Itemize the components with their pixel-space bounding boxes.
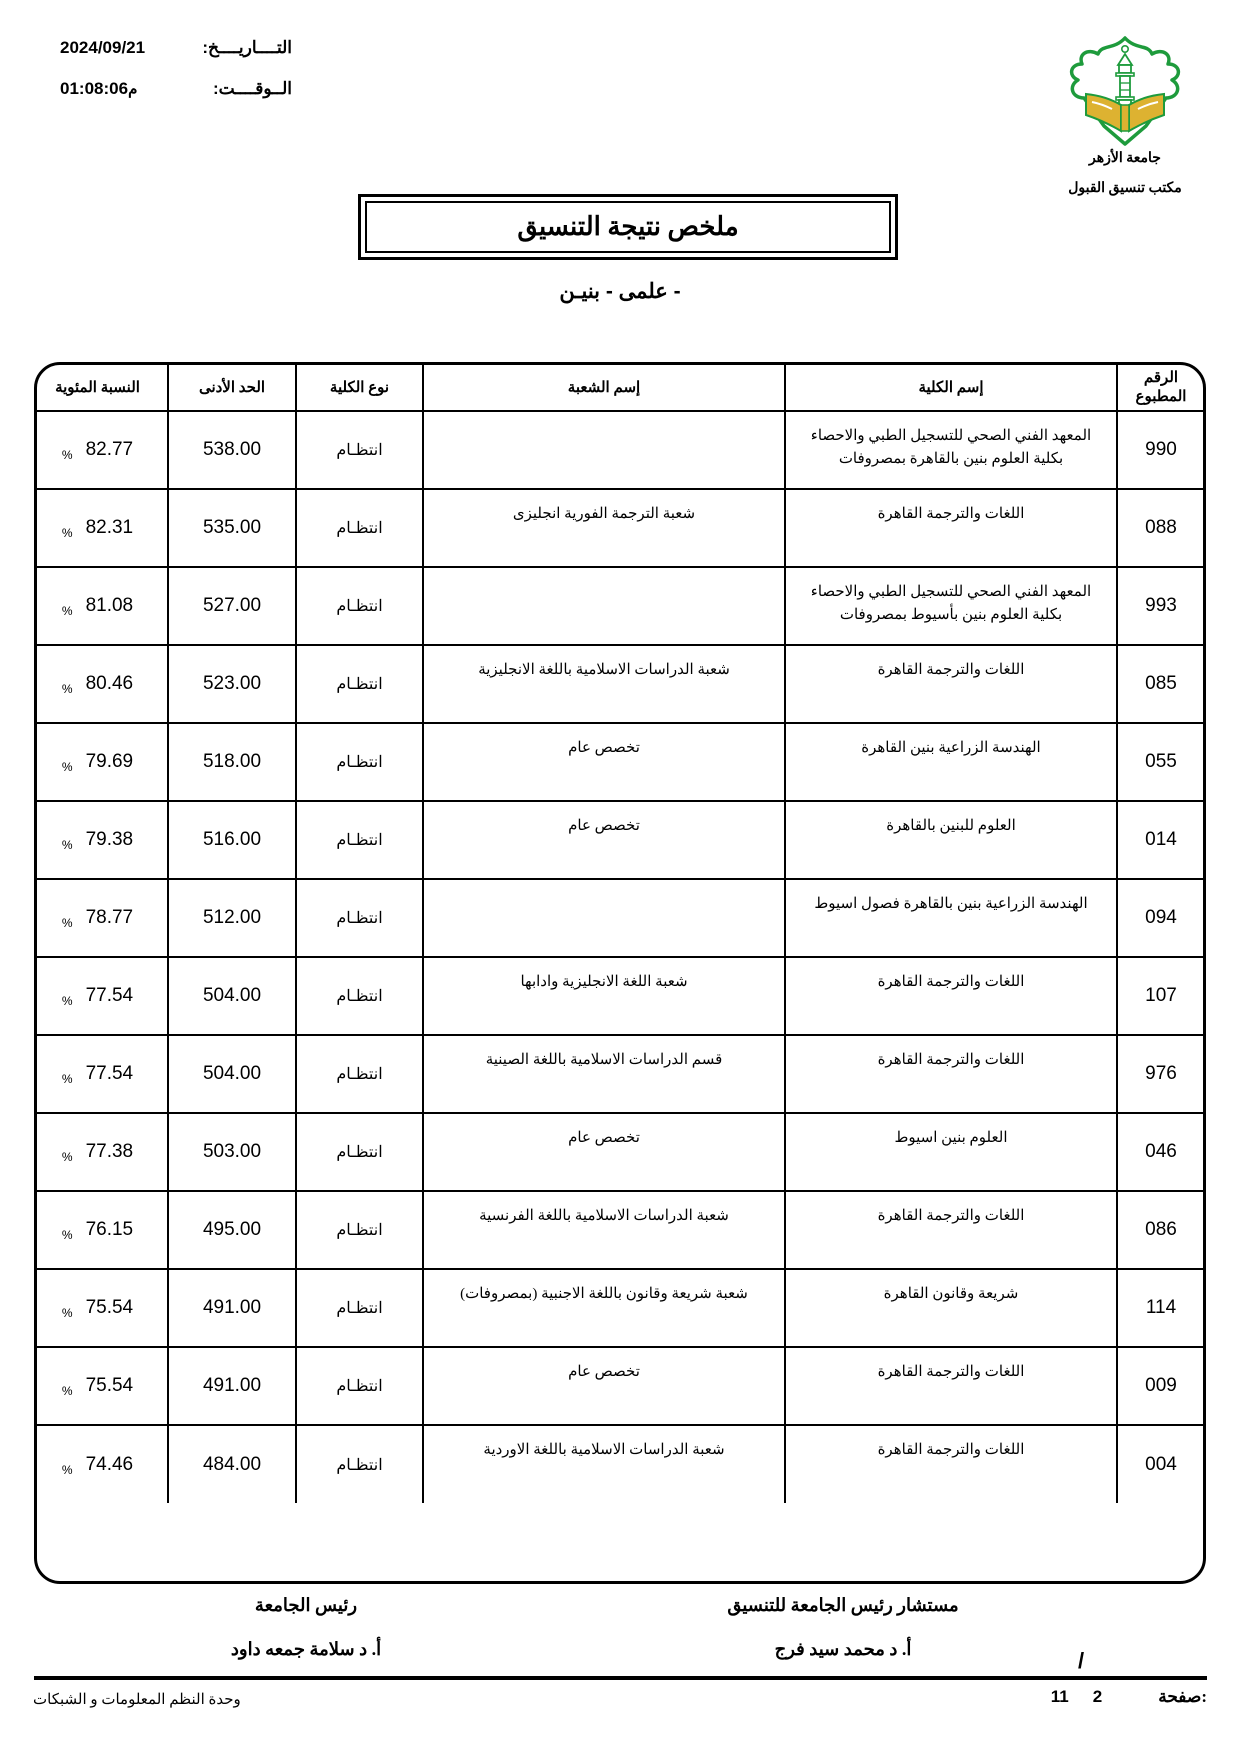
percent-sign: % — [62, 916, 73, 930]
results-table: الرقم المطبوع إسم الكلية إسم الشعبة نوع … — [34, 362, 1206, 1503]
minimum-score-cell: 504.00 — [168, 957, 296, 1035]
header-minimum-score: الحد الأدنى — [168, 363, 296, 411]
header-branch-name: إسم الشعبة — [423, 363, 785, 411]
percentage-cell: %80.46 — [34, 645, 168, 723]
percent-sign: % — [62, 838, 73, 852]
minimum-score-cell: 527.00 — [168, 567, 296, 645]
printed-number-cell: 088 — [1117, 489, 1205, 567]
branch-name-cell: شعبة الدراسات الاسلامية باللغة الفرنسية — [423, 1191, 785, 1269]
signature-coordinator-block: مستشار رئيس الجامعة للتنسيق أ. د محمد سي… — [698, 1595, 988, 1660]
datetime-block: التــــاريــــخ: 2024/09/21 الــوقــــت:… — [60, 38, 292, 120]
signature-coordinator-title: مستشار رئيس الجامعة للتنسيق — [698, 1595, 988, 1616]
it-unit-name: وحدة النظم المعلومات و الشبكات — [33, 1690, 241, 1709]
percent-sign: % — [62, 526, 73, 540]
college-name-cell: اللغات والترجمة القاهرة — [785, 1035, 1117, 1113]
signature-president-title: رئيس الجامعة — [161, 1595, 451, 1616]
percentage-value: 80.46 — [86, 673, 134, 695]
college-name-cell: اللغات والترجمة القاهرة — [785, 957, 1117, 1035]
minimum-score-cell: 518.00 — [168, 723, 296, 801]
minimum-score-cell: 495.00 — [168, 1191, 296, 1269]
college-type-cell: انتظـام — [296, 567, 423, 645]
college-type-cell: انتظـام — [296, 489, 423, 567]
minimum-score-cell: 504.00 — [168, 1035, 296, 1113]
college-name-cell: اللغات والترجمة القاهرة — [785, 1191, 1117, 1269]
percentage-cell: %77.38 — [34, 1113, 168, 1191]
table-row: 055 الهندسة الزراعية بنين القاهرة تخصص ع… — [34, 723, 1205, 801]
branch-name-cell: شعبة الدراسات الاسلامية باللغة الانجليزي… — [423, 645, 785, 723]
table-row: 993 المعهد الفني الصحي للتسجيل الطبي وال… — [34, 567, 1205, 645]
percentage-value: 82.31 — [86, 517, 134, 539]
percentage-value-wrap: %82.77 — [34, 438, 167, 462]
alazhar-logo-icon — [1058, 34, 1192, 148]
table-row: 086 اللغات والترجمة القاهرة شعبة الدراسا… — [34, 1191, 1205, 1269]
printed-number-cell: 014 — [1117, 801, 1205, 879]
footer-divider-rule — [34, 1676, 1207, 1680]
percentage-value: 78.77 — [86, 907, 134, 929]
percentage-value: 81.08 — [86, 595, 134, 617]
college-name-cell: الهندسة الزراعية بنين القاهرة — [785, 723, 1117, 801]
printed-number-cell: 004 — [1117, 1425, 1205, 1503]
printed-number-cell: 086 — [1117, 1191, 1205, 1269]
branch-name-cell: شعبة اللغة الانجليزية وادابها — [423, 957, 785, 1035]
percentage-cell: %77.54 — [34, 1035, 168, 1113]
college-type-cell: انتظـام — [296, 1347, 423, 1425]
minimum-score-cell: 523.00 — [168, 645, 296, 723]
report-subtitle: - علمى - بنيـن — [0, 279, 1240, 304]
printed-number-cell: 976 — [1117, 1035, 1205, 1113]
percentage-value-wrap: %75.54 — [34, 1296, 167, 1320]
printed-number-cell: 009 — [1117, 1347, 1205, 1425]
percentage-value: 75.54 — [86, 1297, 134, 1319]
percentage-cell: %78.77 — [34, 879, 168, 957]
percent-sign: % — [62, 994, 73, 1008]
header-printed-number: الرقم المطبوع — [1117, 363, 1205, 411]
percentage-value-wrap: %80.46 — [34, 672, 167, 696]
college-name-cell: اللغات والترجمة القاهرة — [785, 1347, 1117, 1425]
percent-sign: % — [62, 1384, 73, 1398]
printed-number-cell: 107 — [1117, 957, 1205, 1035]
percentage-value-wrap: %78.77 — [34, 906, 167, 930]
signature-slash-mark: / — [1078, 1648, 1084, 1674]
office-name: مكتب تنسيق القبول — [1050, 180, 1200, 197]
college-type-cell: انتظـام — [296, 645, 423, 723]
table-row: 976 اللغات والترجمة القاهرة قسم الدراسات… — [34, 1035, 1205, 1113]
percentage-value: 82.77 — [86, 439, 134, 461]
minimum-score-cell: 535.00 — [168, 489, 296, 567]
minimum-score-cell: 491.00 — [168, 1347, 296, 1425]
document-page: التــــاريــــخ: 2024/09/21 الــوقــــت:… — [0, 0, 1240, 1753]
college-name-cell: اللغات والترجمة القاهرة — [785, 489, 1117, 567]
time-pm-suffix: م — [128, 80, 137, 99]
date-row: التــــاريــــخ: 2024/09/21 — [60, 38, 292, 58]
header-percentage: النسبة المئوية — [34, 363, 168, 411]
minimum-score-cell: 512.00 — [168, 879, 296, 957]
table-header-row: الرقم المطبوع إسم الكلية إسم الشعبة نوع … — [34, 363, 1205, 411]
percentage-cell: %74.46 — [34, 1425, 168, 1503]
college-name-cell: العلوم بنين اسيوط — [785, 1113, 1117, 1191]
branch-name-cell: شعبة الترجمة الفورية انجليزى — [423, 489, 785, 567]
percent-sign: % — [62, 448, 73, 462]
college-name-cell: المعهد الفني الصحي للتسجيل الطبي والاحصا… — [785, 567, 1117, 645]
college-type-cell: انتظـام — [296, 879, 423, 957]
signature-president-block: رئيس الجامعة أ. د سلامة جمعه داود — [161, 1595, 451, 1660]
university-logo-block: جامعة الأزهر مكتب تنسيق القبول — [1050, 34, 1200, 197]
college-name-cell: اللغات والترجمة القاهرة — [785, 645, 1117, 723]
percent-sign: % — [62, 760, 73, 774]
percentage-value-wrap: %79.69 — [34, 750, 167, 774]
percentage-value: 75.54 — [86, 1375, 134, 1397]
printed-number-cell: 085 — [1117, 645, 1205, 723]
time-row: الــوقــــت: 01:08:06م — [60, 79, 292, 99]
time-label: الــوقــــت: — [213, 79, 292, 99]
college-type-cell: انتظـام — [296, 1269, 423, 1347]
percent-sign: % — [62, 1150, 73, 1164]
branch-name-cell: شعبة شريعة وقانون باللغة الاجنبية (بمصرو… — [423, 1269, 785, 1347]
college-type-cell: انتظـام — [296, 1191, 423, 1269]
branch-name-cell: قسم الدراسات الاسلامية باللغة الصينية — [423, 1035, 785, 1113]
percentage-value-wrap: %77.54 — [34, 984, 167, 1008]
branch-name-cell — [423, 567, 785, 645]
percent-sign: % — [62, 1072, 73, 1086]
percent-sign: % — [62, 1306, 73, 1320]
college-name-cell: العلوم للبنين بالقاهرة — [785, 801, 1117, 879]
report-title-box: ملخص نتيجة التنسيق — [358, 194, 898, 260]
table-row: 990 المعهد الفني الصحي للتسجيل الطبي وال… — [34, 411, 1205, 489]
table-row: 046 العلوم بنين اسيوط تخصص عام انتظـام 5… — [34, 1113, 1205, 1191]
branch-name-cell: تخصص عام — [423, 801, 785, 879]
branch-name-cell: تخصص عام — [423, 1113, 785, 1191]
table-row: 085 اللغات والترجمة القاهرة شعبة الدراسا… — [34, 645, 1205, 723]
results-table-wrap: الرقم المطبوع إسم الكلية إسم الشعبة نوع … — [34, 362, 1206, 1584]
percentage-cell: %76.15 — [34, 1191, 168, 1269]
university-name: جامعة الأزهر — [1050, 150, 1200, 167]
printed-number-cell: 046 — [1117, 1113, 1205, 1191]
table-row: 114 شريعة وقانون القاهرة شعبة شريعة وقان… — [34, 1269, 1205, 1347]
branch-name-cell: تخصص عام — [423, 1347, 785, 1425]
results-table-body: 990 المعهد الفني الصحي للتسجيل الطبي وال… — [34, 411, 1205, 1503]
percentage-cell: %75.54 — [34, 1347, 168, 1425]
page-label: صفحة: — [1158, 1687, 1207, 1707]
percentage-value: 77.54 — [86, 1063, 134, 1085]
table-row: 009 اللغات والترجمة القاهرة تخصص عام انت… — [34, 1347, 1205, 1425]
percentage-cell: %77.54 — [34, 957, 168, 1035]
college-type-cell: انتظـام — [296, 1425, 423, 1503]
college-name-cell: الهندسة الزراعية بنين بالقاهرة فصول اسيو… — [785, 879, 1117, 957]
percentage-value-wrap: %79.38 — [34, 828, 167, 852]
percentage-value-wrap: %75.54 — [34, 1374, 167, 1398]
college-type-cell: انتظـام — [296, 1035, 423, 1113]
header-college-type: نوع الكلية — [296, 363, 423, 411]
percentage-value-wrap: %77.54 — [34, 1062, 167, 1086]
percentage-value-wrap: %77.38 — [34, 1140, 167, 1164]
printed-number-cell: 055 — [1117, 723, 1205, 801]
signature-president-name: أ. د سلامة جمعه داود — [161, 1639, 451, 1660]
minimum-score-cell: 516.00 — [168, 801, 296, 879]
printed-number-cell: 094 — [1117, 879, 1205, 957]
percentage-value-wrap: %74.46 — [34, 1453, 167, 1477]
percentage-cell: %82.77 — [34, 411, 168, 489]
percentage-value-wrap: %81.08 — [34, 594, 167, 618]
printed-number-cell: 990 — [1117, 411, 1205, 489]
printed-number-cell: 993 — [1117, 567, 1205, 645]
signature-coordinator-name: أ. د محمد سيد فرج — [698, 1639, 988, 1660]
percentage-cell: %82.31 — [34, 489, 168, 567]
percentage-value: 77.54 — [86, 985, 134, 1007]
percentage-cell: %79.69 — [34, 723, 168, 801]
page-info: 11 2 صفحة: — [1051, 1687, 1207, 1707]
date-label: التــــاريــــخ: — [202, 38, 292, 58]
percentage-value: 76.15 — [86, 1219, 134, 1241]
percentage-value: 79.38 — [86, 829, 134, 851]
table-row: 088 اللغات والترجمة القاهرة شعبة الترجمة… — [34, 489, 1205, 567]
minimum-score-cell: 484.00 — [168, 1425, 296, 1503]
percent-sign: % — [62, 604, 73, 618]
college-type-cell: انتظـام — [296, 801, 423, 879]
branch-name-cell — [423, 879, 785, 957]
minimum-score-cell: 491.00 — [168, 1269, 296, 1347]
percentage-cell: %81.08 — [34, 567, 168, 645]
percentage-cell: %79.38 — [34, 801, 168, 879]
percent-sign: % — [62, 1228, 73, 1242]
percent-sign: % — [62, 682, 73, 696]
college-name-cell: المعهد الفني الصحي للتسجيل الطبي والاحصا… — [785, 411, 1117, 489]
time-digits: 01:08:06 — [60, 79, 128, 99]
date-value: 2024/09/21 — [60, 38, 145, 58]
percentage-value: 74.46 — [86, 1454, 134, 1476]
minimum-score-cell: 503.00 — [168, 1113, 296, 1191]
college-name-cell: شريعة وقانون القاهرة — [785, 1269, 1117, 1347]
college-name-cell: اللغات والترجمة القاهرة — [785, 1425, 1117, 1503]
header-college-name: إسم الكلية — [785, 363, 1117, 411]
branch-name-cell — [423, 411, 785, 489]
percentage-value: 79.69 — [86, 751, 134, 773]
percentage-value-wrap: %82.31 — [34, 516, 167, 540]
table-row: 107 اللغات والترجمة القاهرة شعبة اللغة ا… — [34, 957, 1205, 1035]
minimum-score-cell: 538.00 — [168, 411, 296, 489]
page-current: 2 — [1093, 1687, 1102, 1707]
report-title: ملخص نتيجة التنسيق — [365, 201, 891, 253]
college-type-cell: انتظـام — [296, 723, 423, 801]
college-type-cell: انتظـام — [296, 1113, 423, 1191]
time-value: 01:08:06م — [60, 79, 137, 99]
printed-number-cell: 114 — [1117, 1269, 1205, 1347]
college-type-cell: انتظـام — [296, 957, 423, 1035]
table-row: 014 العلوم للبنين بالقاهرة تخصص عام انتظ… — [34, 801, 1205, 879]
branch-name-cell: شعبة الدراسات الاسلامية باللغة الاوردية — [423, 1425, 785, 1503]
percentage-value-wrap: %76.15 — [34, 1218, 167, 1242]
college-type-cell: انتظـام — [296, 411, 423, 489]
percentage-cell: %75.54 — [34, 1269, 168, 1347]
percent-sign: % — [62, 1463, 73, 1477]
page-total: 11 — [1051, 1687, 1069, 1707]
branch-name-cell: تخصص عام — [423, 723, 785, 801]
table-row: 094 الهندسة الزراعية بنين بالقاهرة فصول … — [34, 879, 1205, 957]
table-row: 004 اللغات والترجمة القاهرة شعبة الدراسا… — [34, 1425, 1205, 1503]
percentage-value: 77.38 — [86, 1141, 134, 1163]
